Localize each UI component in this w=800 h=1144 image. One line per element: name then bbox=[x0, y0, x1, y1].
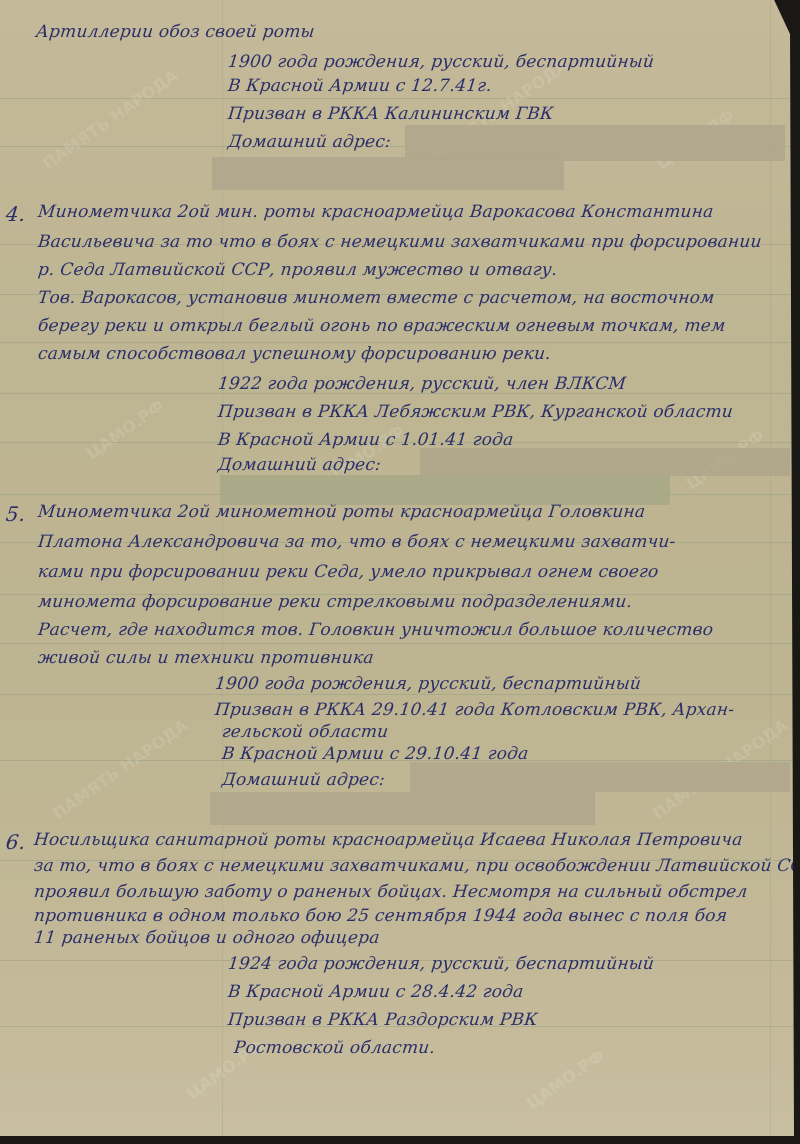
entry-detail-address-label: Домашний адрес: bbox=[217, 455, 382, 475]
ruled-line bbox=[0, 342, 794, 343]
redacted-address bbox=[210, 792, 595, 825]
entry-text-line: проявил большую заботу о раненых бойцах.… bbox=[33, 882, 749, 902]
entry-detail: Призван в РККА 29.10.41 года Котловским … bbox=[214, 700, 735, 720]
entry-number: 4. bbox=[5, 202, 27, 226]
entry-text-line: Расчет, где находится тов. Головкин унич… bbox=[37, 620, 714, 640]
entry-detail-address-label: Домашний адрес: bbox=[221, 770, 386, 790]
entry-detail: Призван в РККА Раздорским РВК bbox=[227, 1010, 539, 1030]
redacted-address bbox=[420, 448, 790, 476]
entry-detail: Призван в РККА Лебяжским РВК, Курганской… bbox=[217, 402, 734, 422]
watermark: ЦАМО.РФ bbox=[83, 396, 168, 463]
entry-number: 5. bbox=[5, 502, 27, 526]
redacted-address bbox=[220, 475, 670, 505]
entry-detail: В Красной Армии с 1.01.41 года bbox=[217, 430, 515, 450]
entry-text-line: ками при форсировании реки Седа, умело п… bbox=[37, 562, 660, 582]
entry-detail: 1900 года рождения, русский, беспартийны… bbox=[214, 674, 642, 694]
ruled-line bbox=[0, 643, 794, 644]
watermark: ЦАМО.РФ bbox=[523, 1046, 608, 1113]
watermark: ПАМЯТЬ НАРОДА bbox=[49, 716, 191, 824]
watermark: ПАМЯТЬ НАРОДА bbox=[39, 66, 181, 174]
entry-text-line: Тов. Варокасов, установив миномет вместе… bbox=[37, 288, 716, 308]
ruled-line bbox=[0, 694, 794, 695]
intro-detail-army: В Красной Армии с 12.7.41г. bbox=[227, 76, 493, 96]
entry-text-line: Минометчика 2ой мин. роты красноармейца … bbox=[37, 202, 715, 222]
entry-text-line: самым способствовал успешному форсирован… bbox=[37, 344, 552, 364]
entry-detail: 1922 года рождения, русский, член ВЛКСМ bbox=[217, 374, 627, 394]
intro-line: Артиллерии обоз своей роты bbox=[35, 22, 316, 42]
document-page: ПАМЯТЬ НАРОДА ПАМЯТЬ НАРОДА ЦАМО.РФ ЦАМО… bbox=[0, 0, 794, 1136]
entry-detail: гельской области bbox=[221, 722, 389, 742]
entry-text-line: Платона Александровича за то, что в боях… bbox=[37, 532, 677, 552]
entry-text-line: за то, что в боях с немецкими захватчика… bbox=[33, 856, 800, 876]
entry-text-line: противника в одном только бою 25 сентябр… bbox=[33, 906, 728, 926]
entry-text-line: живой силы и техники противника bbox=[37, 648, 375, 668]
intro-detail-birth: 1900 года рождения, русский, беспартийны… bbox=[227, 52, 655, 72]
entry-text-line: р. Седа Латвийской ССР, проявил мужество… bbox=[37, 260, 558, 280]
margin-line bbox=[770, 0, 771, 1136]
redacted-address bbox=[410, 762, 790, 792]
entry-text-line: 11 раненых бойцов и одного офицера bbox=[33, 928, 381, 948]
intro-detail-drafted: Призван в РККА Калининским ГВК bbox=[227, 104, 554, 124]
entry-text-line: миномета форсирование реки стрелковыми п… bbox=[37, 592, 633, 612]
entry-text-line: Васильевича за то что в боях с немецкими… bbox=[37, 232, 763, 252]
entry-detail: 1924 года рождения, русский, беспартийны… bbox=[227, 954, 655, 974]
entry-detail: Ростовской области. bbox=[233, 1038, 436, 1058]
entry-text-line: Носильщика санитарной роты красноармейца… bbox=[33, 830, 744, 850]
entry-detail: В Красной Армии с 29.10.41 года bbox=[221, 744, 530, 764]
entry-text-line: Минометчика 2ой минометной роты красноар… bbox=[37, 502, 646, 522]
redacted-address bbox=[212, 157, 564, 190]
entry-detail: В Красной Армии с 28.4.42 года bbox=[227, 982, 525, 1002]
ruled-line bbox=[0, 98, 794, 99]
redacted-address bbox=[405, 125, 785, 161]
intro-detail-address-label: Домашний адрес: bbox=[227, 132, 392, 152]
entry-number: 6. bbox=[5, 830, 27, 854]
entry-text-line: берегу реки и открыл беглый огонь по вра… bbox=[37, 316, 726, 336]
